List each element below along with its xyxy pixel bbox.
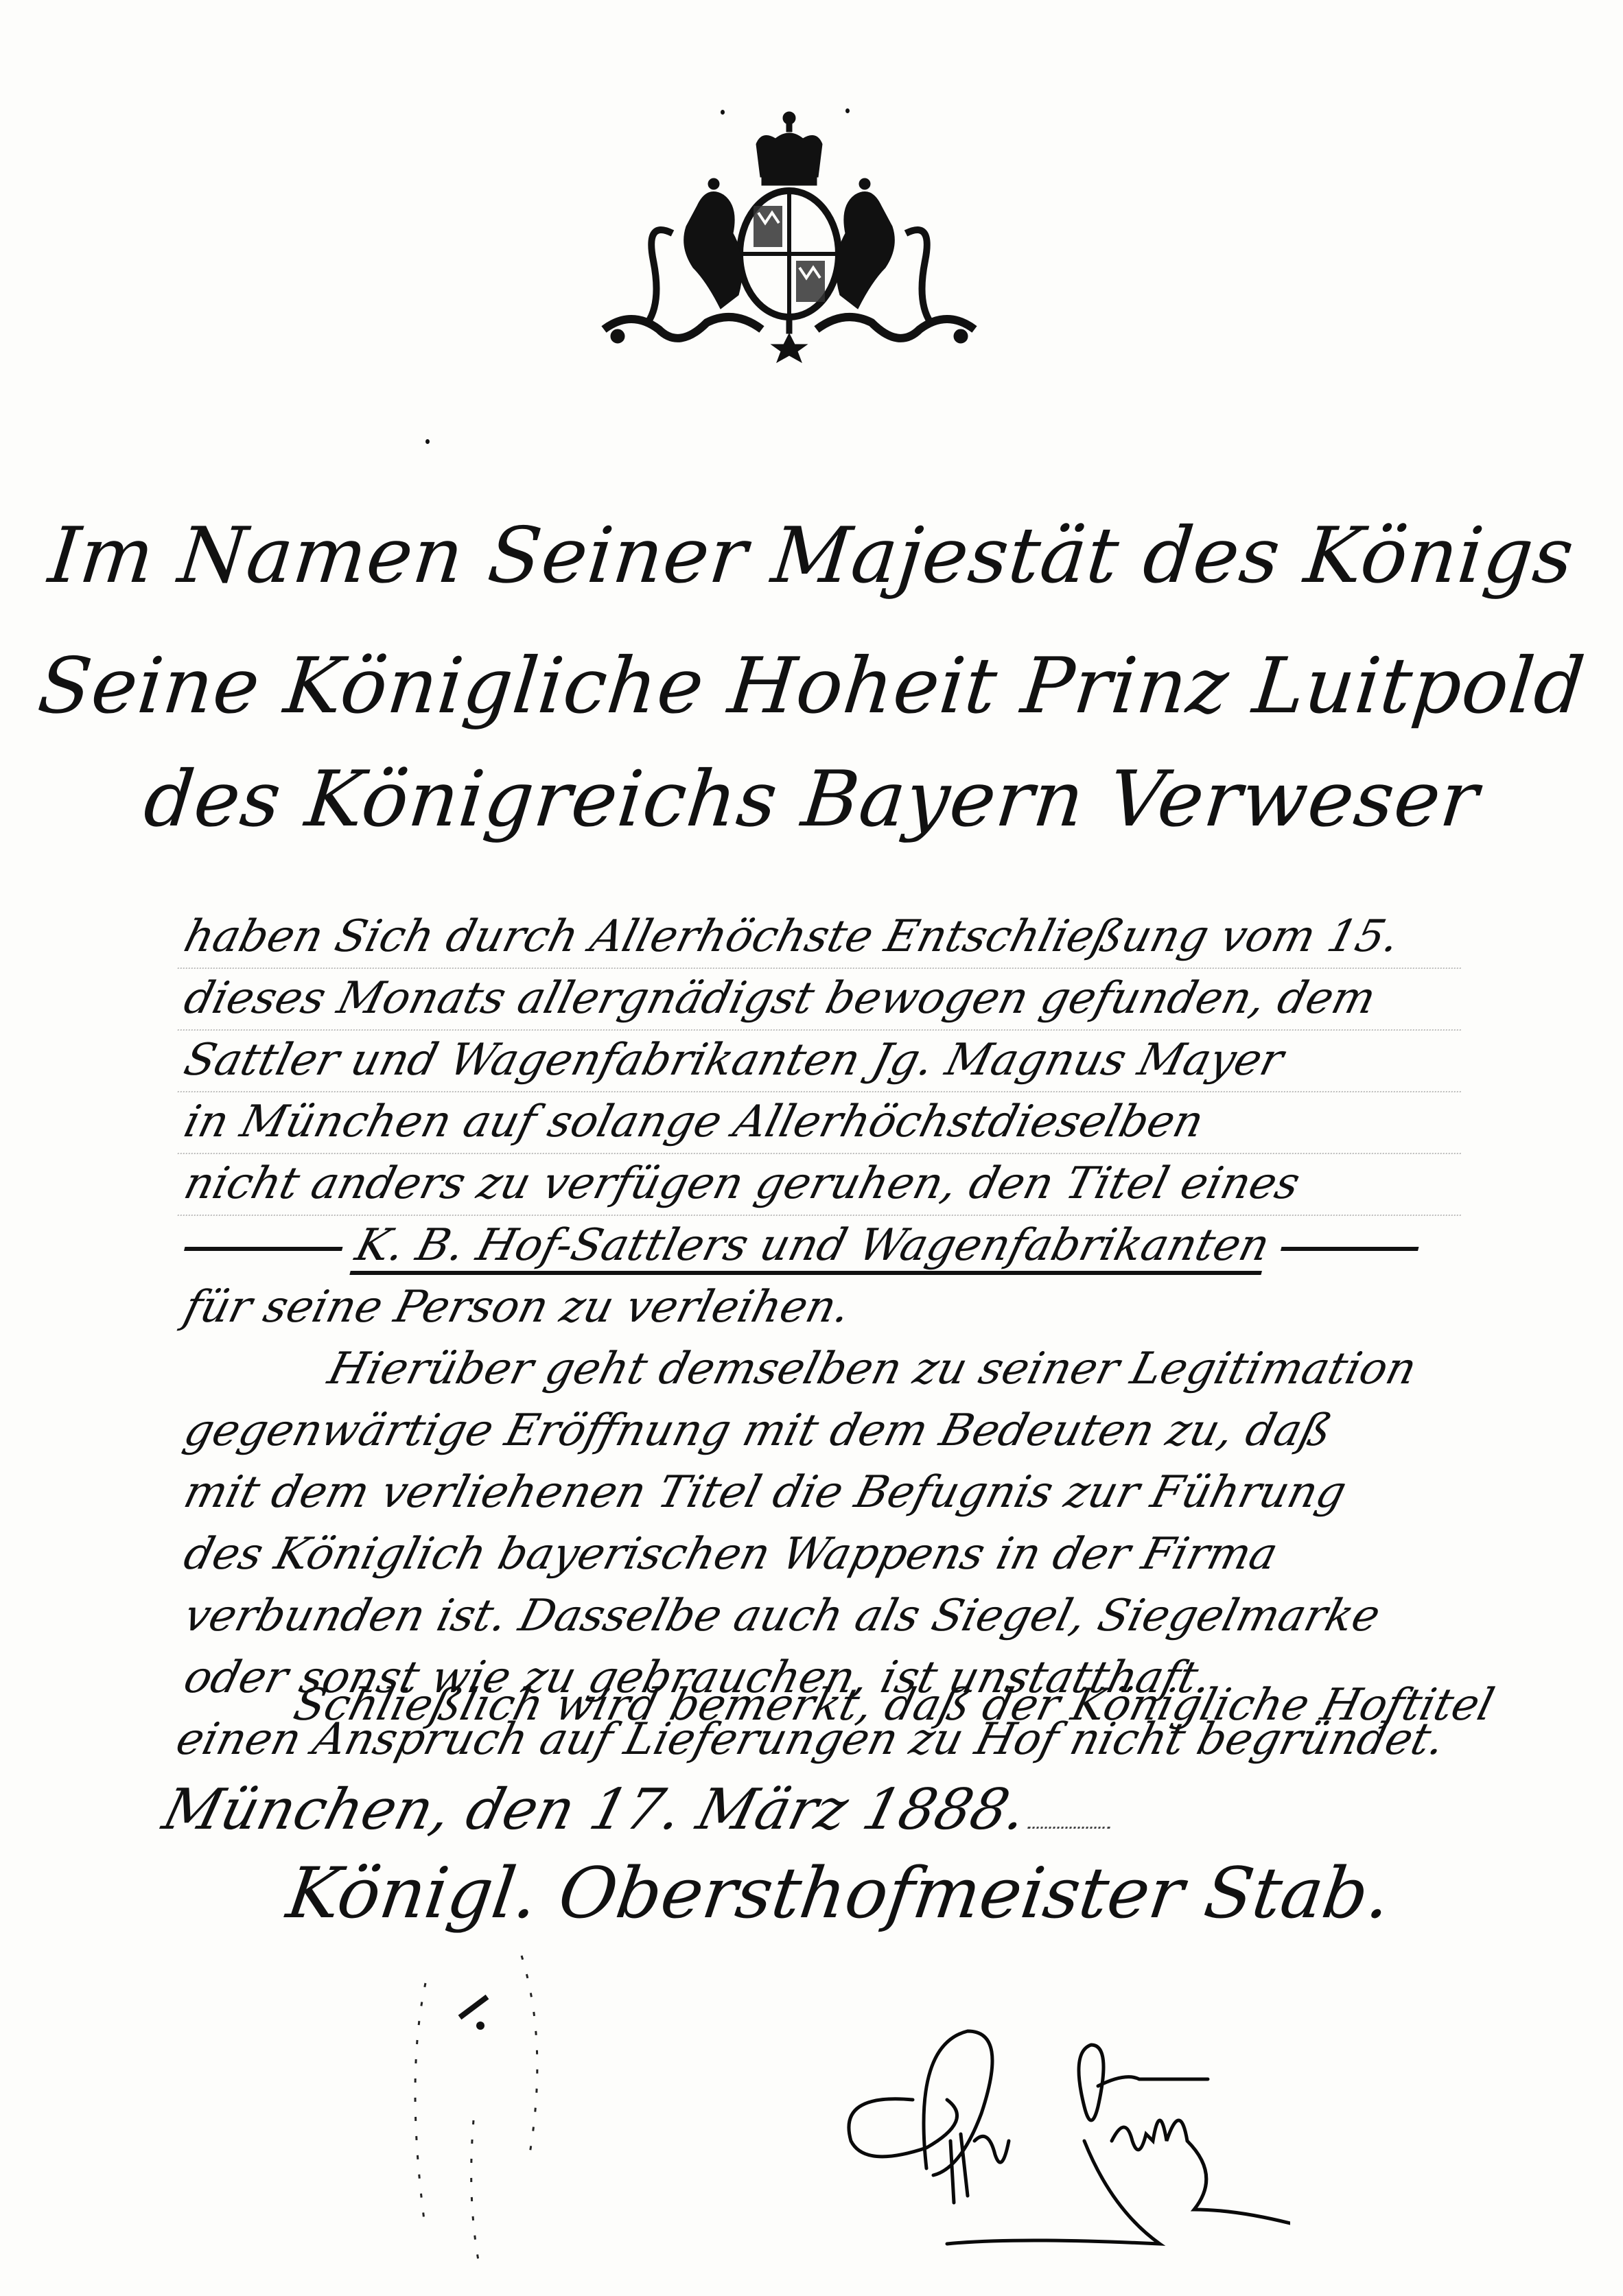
body-line-12: verbunden ist. Dasselbe auch als Siegel,…	[178, 1585, 1476, 1647]
body-line-7: für seine Person zu verleihen.	[178, 1276, 1476, 1338]
handwritten-signature-icon	[810, 2004, 1290, 2264]
royal-bavarian-coat-of-arms-icon	[576, 103, 1002, 364]
body-line-4: in München auf solange Allerhöchstdiesel…	[178, 1091, 1477, 1154]
leader-rule-right	[1281, 1247, 1418, 1251]
body-line-15: einen Anspruch auf Lieferungen zu Hof ni…	[172, 1714, 1450, 1765]
heading-line-3: des Königreichs Bayern Verweser	[0, 755, 1623, 844]
embossed-seal-trace-icon	[384, 1942, 741, 2285]
body-line-2: dieses Monats allergnädigst bewogen gefu…	[178, 968, 1477, 1031]
heading-line-1: Im Namen Seiner Majestät des Königs	[0, 511, 1623, 600]
date-line: München, den 17. März 1888.	[156, 1777, 1123, 1842]
print-speck	[425, 439, 430, 444]
certificate-page: Im Namen Seiner Majestät des Königs Sein…	[0, 0, 1623, 2296]
leader-rule-left	[184, 1247, 342, 1251]
heading-line-2: Seine Königliche Hoheit Prinz Luitpold	[0, 642, 1623, 731]
conferred-title: K. B. Hof-Sattlers und Wagenfabrikanten	[351, 1220, 1275, 1271]
body-line-10: mit dem verliehenen Titel die Befugnis z…	[178, 1462, 1476, 1523]
print-speck	[721, 110, 725, 115]
body-line-3: Sattler und Wagenfabrikanten Jg. Magnus …	[178, 1029, 1477, 1092]
body-line-1: haben Sich durch Allerhöchste Entschließ…	[178, 906, 1477, 969]
date-text: München, den 17. März 1888.	[156, 1777, 1034, 1842]
body-line-6-title: K. B. Hof-Sattlers und Wagenfabrikanten	[178, 1215, 1476, 1276]
print-speck	[845, 108, 850, 113]
body-line-8: Hierüber geht demselben zu seiner Legiti…	[178, 1338, 1620, 1400]
issuing-office: Königl. Obersthofmeister Stab.	[0, 1853, 1623, 1934]
body-line-11: des Königlich bayerischen Wappens in der…	[178, 1523, 1476, 1585]
body-line-3-text: Sattler und Wagenfabrikanten Jg. Magnus …	[179, 1035, 1288, 1086]
body-line-9: gegenwärtige Eröffnung mit dem Bedeuten …	[178, 1400, 1476, 1462]
date-leader-dots	[1027, 1827, 1110, 1829]
body-line-5: nicht anders zu verfügen geruhen, den Ti…	[178, 1153, 1477, 1216]
